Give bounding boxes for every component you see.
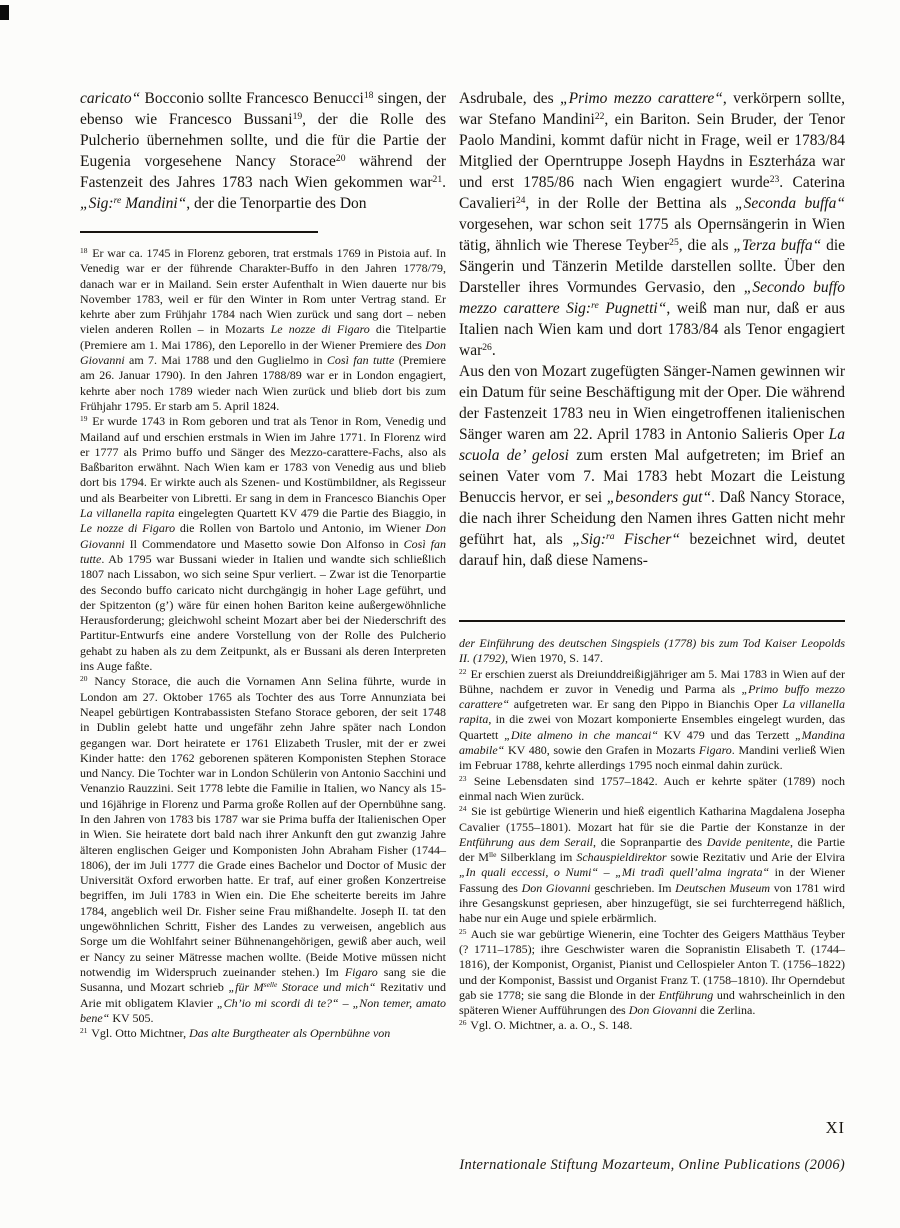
footnote-separator-right	[459, 620, 845, 622]
scan-artifact-mark	[0, 5, 9, 20]
right-footnotes: der Einführung des deutschen Singspiels …	[459, 636, 845, 1034]
footnote-22: 22 Er erschien zuerst als Dreiunddreißig…	[459, 667, 845, 774]
left-body-paragraph: caricato“ Bocconio sollte Francesco Benu…	[80, 88, 446, 214]
right-body-paragraph-1: Asdrubale, des „Primo mezzo carattere“, …	[459, 88, 845, 361]
footnote-21: 21 Vgl. Otto Michtner, Das alte Burgthea…	[80, 1026, 446, 1041]
left-footnotes: 18 Er war ca. 1745 in Florenz geboren, t…	[80, 246, 446, 1041]
page-number: XI	[826, 1118, 845, 1138]
left-column: caricato“ Bocconio sollte Francesco Benu…	[80, 88, 446, 214]
right-body-paragraph-2: Aus den von Mozart zugefügten Sänger-Nam…	[459, 361, 845, 571]
document-page: caricato“ Bocconio sollte Francesco Benu…	[0, 0, 900, 1228]
footnote-20: 20 Nancy Storace, die auch die Vornamen …	[80, 674, 446, 1026]
footnote-26: 26 Vgl. O. Michtner, a. a. O., S. 148.	[459, 1018, 845, 1033]
footnote-18: 18 Er war ca. 1745 in Florenz geboren, t…	[80, 246, 446, 414]
footnote-24: 24 Sie ist gebürtige Wienerin und hieß e…	[459, 804, 845, 926]
footnote-19: 19 Er wurde 1743 in Rom geboren und trat…	[80, 414, 446, 674]
footnote-21-continuation: der Einführung des deutschen Singspiels …	[459, 636, 845, 667]
footnote-separator-left	[80, 231, 318, 233]
footnote-25: 25 Auch sie war gebürtige Wienerin, eine…	[459, 927, 845, 1019]
right-column: Asdrubale, des „Primo mezzo carattere“, …	[459, 88, 845, 571]
footer-credit: Internationale Stiftung Mozarteum, Onlin…	[459, 1157, 845, 1174]
footnote-23: 23 Seine Lebensdaten sind 1757–1842. Auc…	[459, 774, 845, 805]
